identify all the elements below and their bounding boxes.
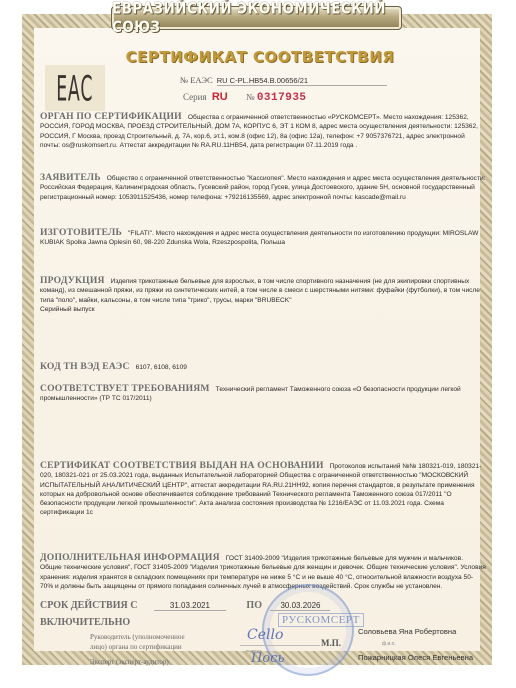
- section-heading: ОРГАН ПО СЕРТИФИКАЦИИ: [40, 111, 182, 122]
- registration-label: № ЕАЭС: [180, 75, 213, 85]
- section-heading: ДОПОЛНИТЕЛЬНАЯ ИНФОРМАЦИЯ: [40, 552, 220, 563]
- series-number: Серия RU № 0317935: [183, 91, 307, 104]
- section-product: ПРОДУКЦИЯИзделия трикотажные бельевые дл…: [40, 276, 486, 314]
- section-tn-ved: КОД ТН ВЭД ЕАЭС6107, 6108, 6109: [40, 362, 486, 372]
- head-signature: Cello: [247, 627, 283, 643]
- validity-inclusive: ВКЛЮЧИТЕЛЬНО: [40, 617, 130, 628]
- series-value: RU: [212, 91, 228, 103]
- fio-caption: ф.и.о.: [382, 641, 396, 647]
- head-role-line1: Руководитель (уполномоченное: [90, 632, 185, 642]
- eac-mark-icon: ЕАС: [57, 67, 94, 108]
- certificate-title: СЕРТИФИКАТ СООТВЕТСТВИЯ: [120, 48, 400, 66]
- section-heading: ЗАЯВИТЕЛЬ: [40, 172, 101, 183]
- section-text: 6107, 6108, 6109: [136, 364, 187, 371]
- stamp-text: РУСКОМСЕРТ: [278, 613, 364, 627]
- section-text: Протоколов испытаний №№ 180321-019, 1803…: [40, 463, 481, 516]
- section-text: Изделия трикотажные бельевые для взрослы…: [40, 278, 480, 304]
- section-heading: СООТВЕТСТВУЕТ ТРЕБОВАНИЯМ: [40, 383, 210, 394]
- section-heading: ИЗГОТОВИТЕЛЬ: [40, 227, 122, 238]
- section-certification-body: ОРГАН ПО СЕРТИФИКАЦИИОбщества с ограниче…: [40, 112, 486, 150]
- union-banner-text: ЕВРАЗИЙСКИЙ ЭКОНОМИЧЕСКИЙ СОЮЗ: [112, 0, 401, 36]
- section-applicant: ЗАЯВИТЕЛЬОбщество с ограниченной ответст…: [40, 173, 486, 202]
- section-issued-basis: СЕРТИФИКАТ СООТВЕТСТВИЯ ВЫДАН НА ОСНОВАН…: [40, 461, 486, 518]
- registration-number: № ЕАЭС RU C-PL.НВ54.В.00656/21: [180, 75, 387, 86]
- validity-from-label: СРОК ДЕЙСТВИЯ С: [40, 600, 137, 611]
- section-heading: ПРОДУКЦИЯ: [40, 275, 105, 286]
- validity-period: СРОК ДЕЙСТВИЯ С 31.03.2021 ПО 30.03.2026: [40, 600, 348, 611]
- validity-to-label: ПО: [246, 600, 262, 611]
- expert-role: Эксперт (эксперт-аудитор): [90, 657, 169, 667]
- eac-logo: ЕАС: [45, 65, 105, 111]
- registration-value: RU C-PL.НВ54.В.00656/21: [217, 76, 387, 86]
- validity-from-date: 31.03.2021: [154, 601, 226, 611]
- head-role: Руководитель (уполномоченное лицо) орган…: [90, 632, 185, 652]
- number-value: 0317935: [257, 92, 307, 104]
- stamp-label: М.П.: [321, 638, 341, 648]
- section-complies: СООТВЕТСТВУЕТ ТРЕБОВАНИЯМТехнический рег…: [40, 384, 486, 404]
- number-label: №: [246, 92, 255, 102]
- series-label: Серия: [183, 92, 207, 102]
- section-manufacturer: ИЗГОТОВИТЕЛЬ"FILATI". Место нахождения и…: [40, 228, 486, 248]
- section-text: Общество с ограниченной ответственностью…: [40, 175, 486, 201]
- head-name: Соловьева Яна Робертовна: [358, 627, 456, 636]
- release-type: Серийный выпуск: [40, 305, 486, 314]
- union-banner: ЕВРАЗИЙСКИЙ ЭКОНОМИЧЕСКИЙ СОЮЗ: [111, 6, 402, 30]
- section-heading: СЕРТИФИКАТ СООТВЕТСТВИЯ ВЫДАН НА ОСНОВАН…: [40, 460, 324, 471]
- section-heading: КОД ТН ВЭД ЕАЭС: [40, 361, 130, 372]
- validity-to-date: 30.03.2026: [270, 601, 330, 611]
- expert-name: Пожарницкая Олеся Евгеньевна: [358, 653, 473, 662]
- expert-signature: Пось: [251, 651, 285, 666]
- head-role-line2: лицо) органа по сертификации: [90, 642, 185, 652]
- section-additional-info: ДОПОЛНИТЕЛЬНАЯ ИНФОРМАЦИЯГОСТ 31409-2009…: [40, 553, 486, 591]
